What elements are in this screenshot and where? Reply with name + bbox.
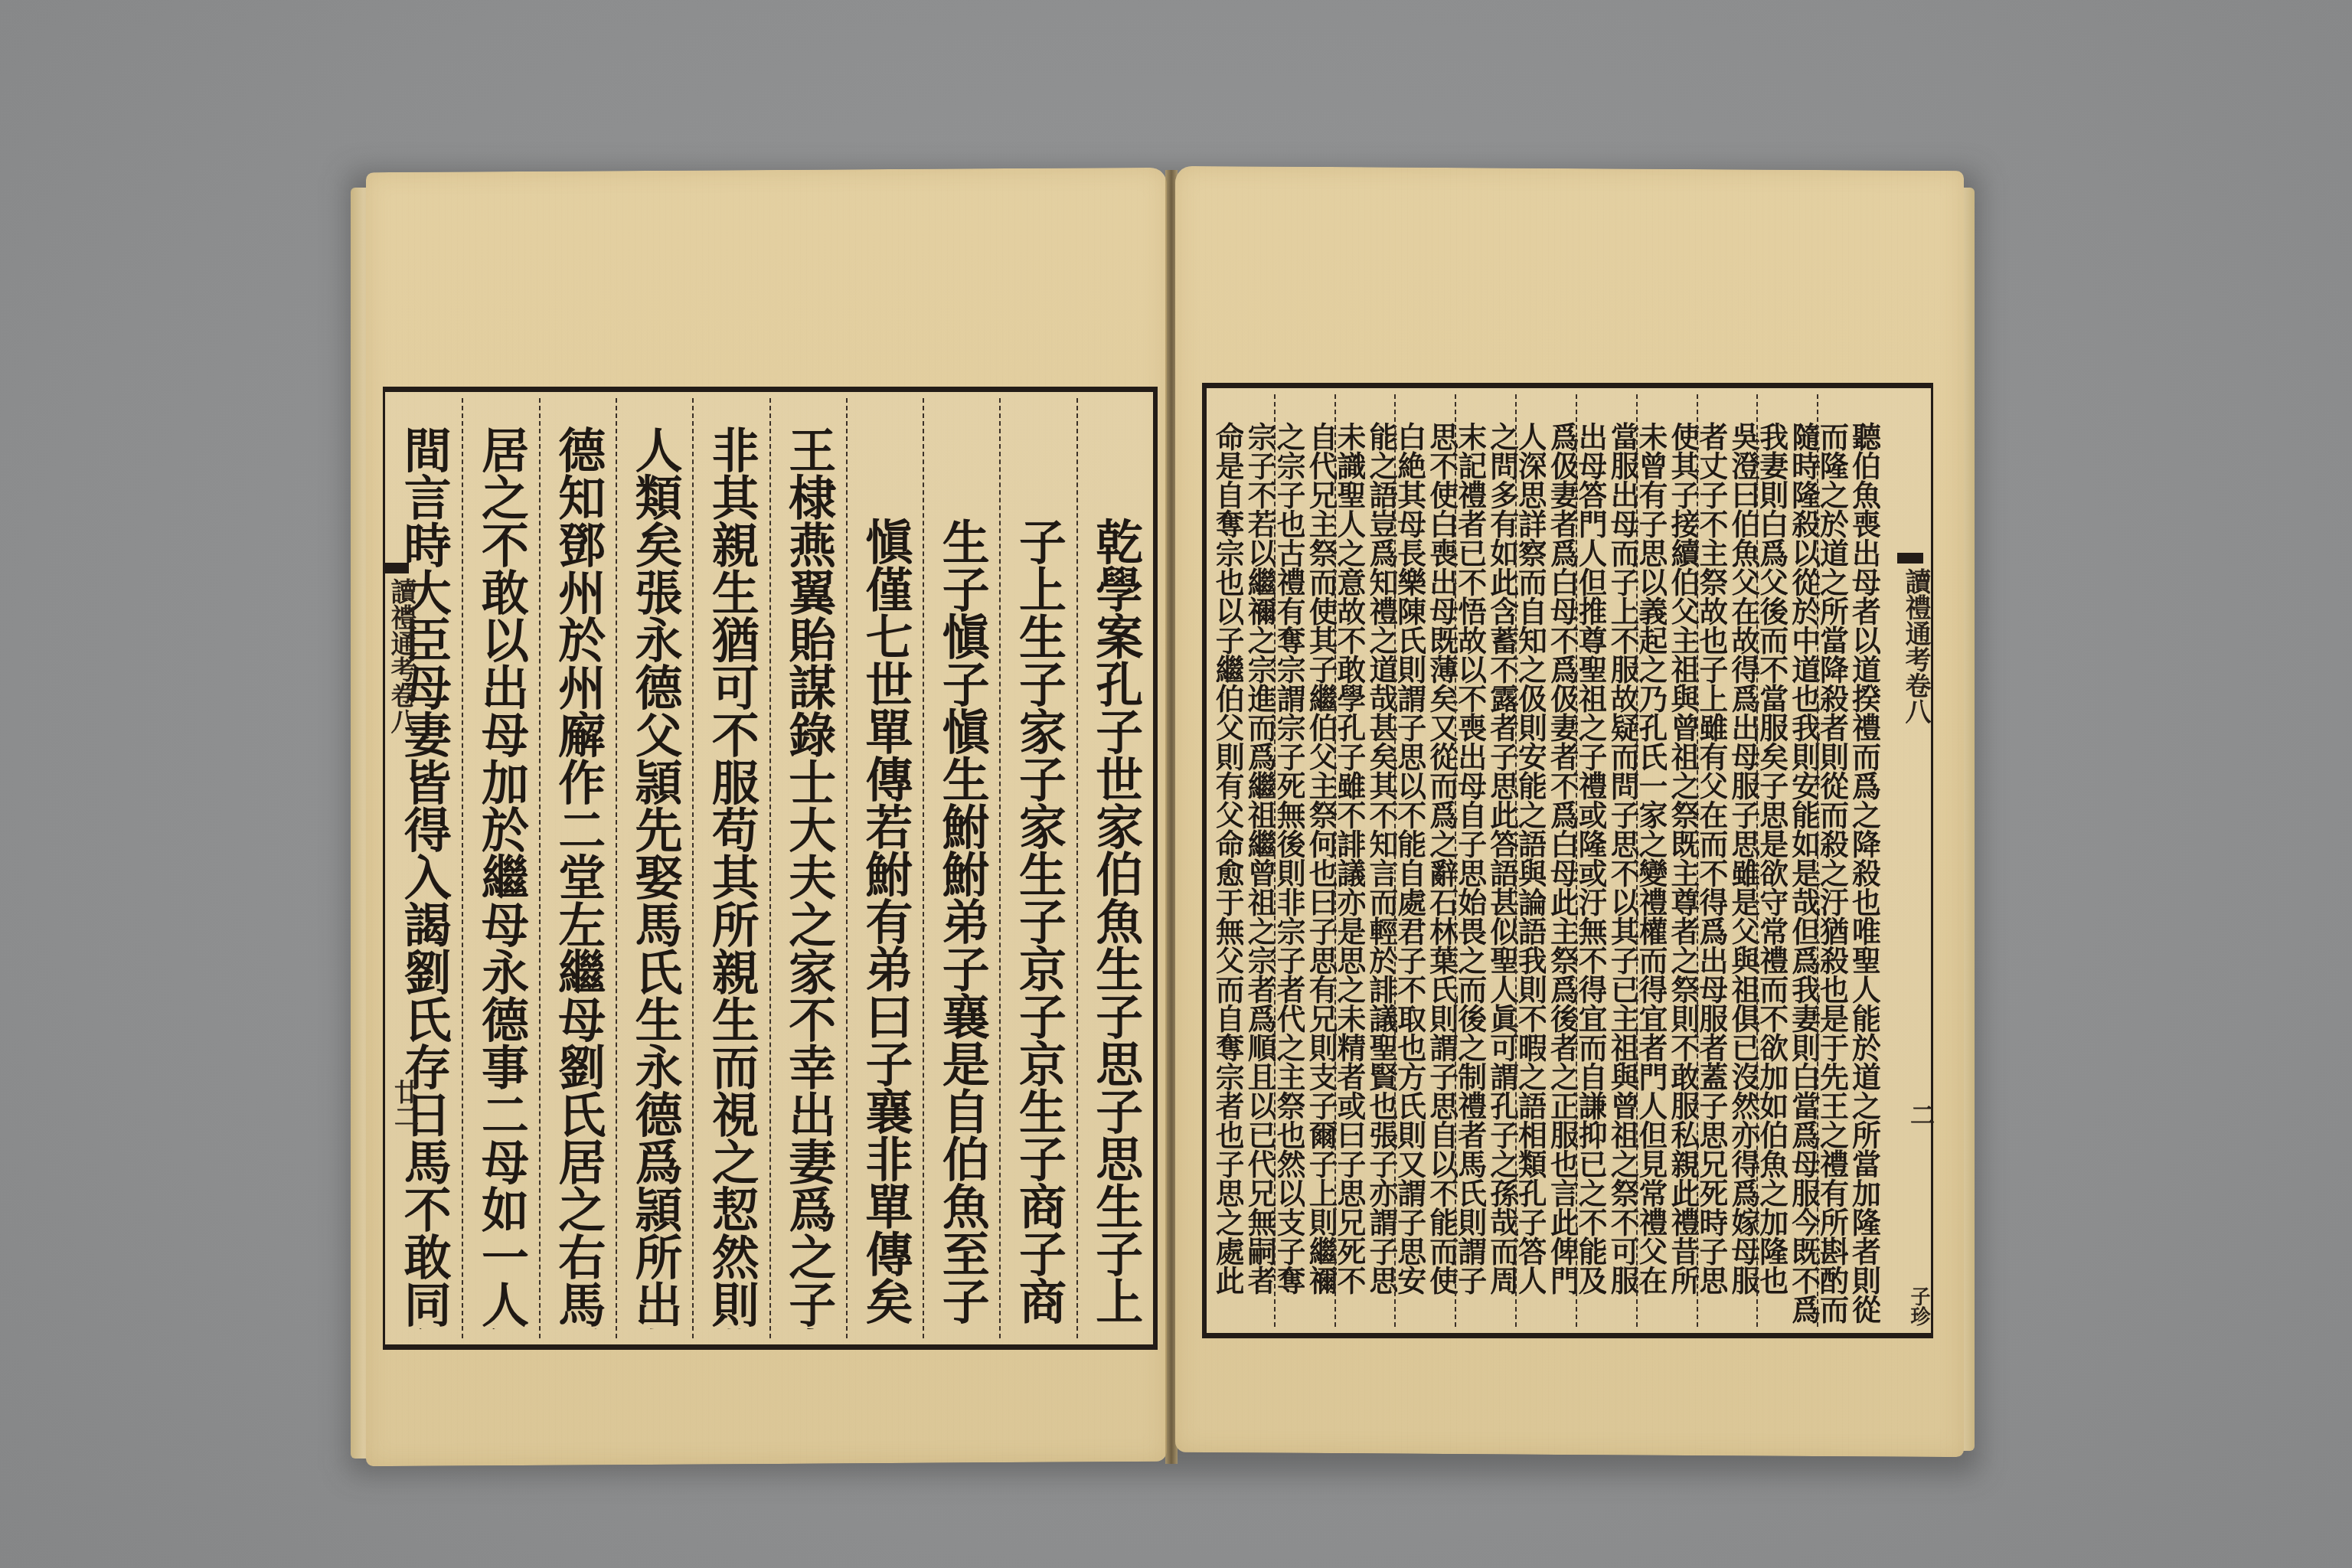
column-text: 乾學案孔子世家伯魚生子思子思生子上 — [1079, 426, 1152, 1344]
text-column: 乾學案孔子世家伯魚生子思子思生子上 — [1076, 398, 1153, 1338]
column-text-right: 思不使白喪出母既薄矣又從而爲之辭石林葉氏則謂子思自以不能而使 — [1426, 422, 1458, 1325]
column-text-right: 使其子接續伯父主祖與曾祖之祭既主尊者之祭則不敢服私親此禮昔所 — [1667, 422, 1699, 1325]
column-text: 人類矣張永德父頴先娶馬氏生永德爲頴所出永 — [618, 426, 691, 1329]
column-text-right: 爲伋妻者爲白母不爲伋妻者不爲白母此主祭爲後者之正服也言此俾門 — [1546, 422, 1578, 1325]
column-text: 愼僅七世單傳若鮒有弟曰子襄非單傳矣 — [848, 426, 922, 1344]
commentary-column: 當服出母而子上不服故疑而問子思不以其子已主祖與曾祖之祭不可服出母答門人但推尊聖祖… — [1576, 394, 1636, 1327]
column-text: 非其親生猶可不服苟其所親生而視之恝然則非 — [694, 426, 768, 1329]
left-page-columns: 乾學案孔子世家伯魚生子思子思生子上 子上生子家子家生子京子京生子商子商 生子愼子… — [385, 398, 1153, 1338]
commentary-column: 自代兄主祭而使其子繼伯父主祭何也曰子思有兄則支子爾子上則繼禰之宗子也古禮有奪宗謂… — [1274, 394, 1334, 1327]
column-text-right: 能之語豈爲知禮之道哉甚矣其不知言而輕於誹議聖賢也張子亦謂子思 — [1365, 422, 1397, 1325]
column-text-right: 聽伯魚喪出母者以道揆禮而爲之降殺也唯聖人能於道之所當加隆者則從 — [1848, 422, 1880, 1325]
column-text-left: 未曾有子思以義起之乃孔氏一家之變禮權而得宜者門人但見常禮父在 — [1635, 422, 1667, 1325]
column-text-left: 命是自奪宗也以子繼伯父則有父命愈于無父而自奪宗者也子思之處此 — [1211, 422, 1243, 1325]
commentary-column: 吳澄曰伯魚父在故得爲出母服子思雖是父與祖俱已沒然亦得爲嫁母服者丈子不主祭故也子上… — [1697, 394, 1757, 1327]
column-text-right: 自代兄主祭而使其子繼伯父主祭何也曰子思有兄則支子爾子上則繼禰 — [1305, 422, 1337, 1325]
column-text-right: 吳澄曰伯魚父在故得爲出母服子思雖是父與祖俱已沒然亦得爲嫁母服 — [1727, 422, 1759, 1325]
commentary-column: 聽伯魚喪出母者以道揆禮而爲之降殺也唯聖人能於道之所當加隆者則從而隆之於道之所當降… — [1817, 394, 1877, 1327]
text-column: 居之不敢以出母加於繼母永德事二母如一人無 — [462, 398, 538, 1338]
column-text-left: 出母答門人但推尊聖祖之子禮或隆或汙無不得宜而自謙抑已之不能及 — [1574, 422, 1606, 1325]
left-fold-title: 讀禮通考卷八 — [386, 578, 416, 734]
column-text-left: 白絶其母長樂陳氏則謂子思以不能自處君子不取也方氏則又謂子思安 — [1393, 422, 1426, 1325]
column-text-right: 宗子不若以繼禰之宗進而爲繼祖繼曾祖之宗者爲順且以已代兄無嗣者 — [1243, 422, 1276, 1325]
right-fold-carver-name: 子珍 — [1905, 1286, 1933, 1326]
column-text-left: 我妻則白爲父後而不當服矣子思是欲守常禮而不欲加如伯魚之加隆也 — [1756, 422, 1788, 1325]
left-fold-page-number: 廿二 — [387, 1080, 423, 1129]
column-text: 子上生子家子家生子京子京生子商子商 — [1002, 426, 1076, 1344]
text-column: 王棣燕翼貽謀錄士大夫之家不幸出妻爲之子者 — [769, 398, 846, 1338]
commentary-column: 宗子不若以繼禰之宗進而爲繼祖繼曾祖之宗者爲順且以已代兄無嗣者命是自奪宗也以子繼伯… — [1214, 394, 1274, 1327]
text-column: 生子愼子愼生鮒鮒弟子襄是自伯魚至子 — [923, 398, 999, 1338]
column-text: 居之不敢以出母加於繼母永德事二母如一人無 — [464, 426, 537, 1329]
column-text: 間言時大臣母妻皆得入謁劉氏存日馬不敢同入 — [387, 426, 460, 1329]
commentary-column: 思不使白喪出母既薄矣又從而爲之辭石林葉氏則謂子思自以不能而使白絶其母長樂陳氏則謂… — [1394, 394, 1455, 1327]
column-text-left: 末記禮者已不悟故以不喪出母自子思始畏之而後之制禮者馬氏則謂子 — [1454, 422, 1486, 1325]
commentary-column: 隨時隆殺以從於中道也我則安能如是哉但爲我妻則白當爲母服今既不爲我妻則白爲父後而不… — [1756, 394, 1817, 1327]
column-text-left: 人深思詳察而自知之伋則安能之語與論語我則不暇之語相類孔子答人 — [1514, 422, 1546, 1325]
commentary-column: 爲伋妻者爲白母不爲伋妻者不爲白母此主祭爲後者之正服也言此俾門人深思詳察而自知之伋… — [1515, 394, 1576, 1327]
text-column: 德知鄧州於州廨作二堂左繼母劉氏居之右馬氏 — [539, 398, 616, 1338]
text-column: 子上生子家子家生子京子京生子商子商 — [999, 398, 1076, 1338]
column-text-right: 隨時隆殺以從於中道也我則安能如是哉但爲我妻則白當爲母服今既不爲 — [1788, 422, 1820, 1325]
fishtail-mark-icon — [383, 563, 409, 573]
column-text-left: 而隆之於道之所當降殺者則從而殺之汙猶殺也是于先王之禮有所斟酌而 — [1816, 422, 1848, 1325]
commentary-column: 能之語豈爲知禮之道哉甚矣其不知言而輕於誹議聖賢也張子亦謂子思未識聖人之意故不敢學… — [1334, 394, 1395, 1327]
commentary-column: 之問多有如此含蓄不露者子思此答語甚似聖人眞可謂孔子之孫哉而周末記禮者已不悟故以不… — [1455, 394, 1515, 1327]
text-column: 愼僅七世單傳若鮒有弟曰子襄非單傳矣 — [846, 398, 923, 1338]
left-page-text-frame: 乾學案孔子世家伯魚生子思子思生子上 子上生子家子家生子京子京生子商子商 生子愼子… — [383, 387, 1158, 1350]
text-column: 間言時大臣母妻皆得入謁劉氏存日馬不敢同入 — [385, 398, 462, 1338]
column-text-right: 之問多有如此含蓄不露者子思此答語甚似聖人眞可謂孔子之孫哉而周 — [1486, 422, 1518, 1325]
column-text: 生子愼子愼生鮒鮒弟子襄是自伯魚至子 — [925, 426, 998, 1344]
column-text-right: 當服出母而子上不服故疑而問子思不以其子已主祖與曾祖之祭不可服 — [1606, 422, 1638, 1325]
column-text: 王棣燕翼貽謀錄士大夫之家不幸出妻爲之子者 — [772, 426, 845, 1329]
right-fold-page-number: 二 — [1903, 1102, 1939, 1127]
right-fold-title: 讀禮通考卷八 — [1900, 568, 1931, 724]
column-text-left: 未識聖人之意故不敢學孔子雖不誹議亦是思之未精者或曰子思兄死不 — [1333, 422, 1365, 1325]
column-text-left: 者丈子不主祭故也子上雖有父在而不得爲出母服者蓋子思兄死時子思 — [1695, 422, 1727, 1325]
right-page-columns: 聽伯魚喪出母者以道揆禮而爲之降殺也唯聖人能於道之所當加隆者則從而隆之於道之所當降… — [1207, 394, 1877, 1327]
text-column: 非其親生猶可不服苟其所親生而視之恝然則非 — [692, 398, 769, 1338]
fishtail-mark-icon — [1897, 553, 1923, 563]
column-text-left: 之宗子也古禮有奪宗謂宗子死無後則非宗子者代之主祭也然以支子奪 — [1272, 422, 1305, 1325]
right-page-text-frame: 聽伯魚喪出母者以道揆禮而爲之降殺也唯聖人能於道之所當加隆者則從而隆之於道之所當降… — [1202, 383, 1933, 1338]
text-column: 人類矣張永德父頴先娶馬氏生永德爲頴所出永 — [616, 398, 692, 1338]
column-text: 德知鄧州於州廨作二堂左繼母劉氏居之右馬氏 — [541, 426, 615, 1329]
commentary-column: 使其子接續伯父主祖與曾祖之祭既主尊者之祭則不敢服私親此禮昔所未曾有子思以義起之乃… — [1636, 394, 1697, 1327]
